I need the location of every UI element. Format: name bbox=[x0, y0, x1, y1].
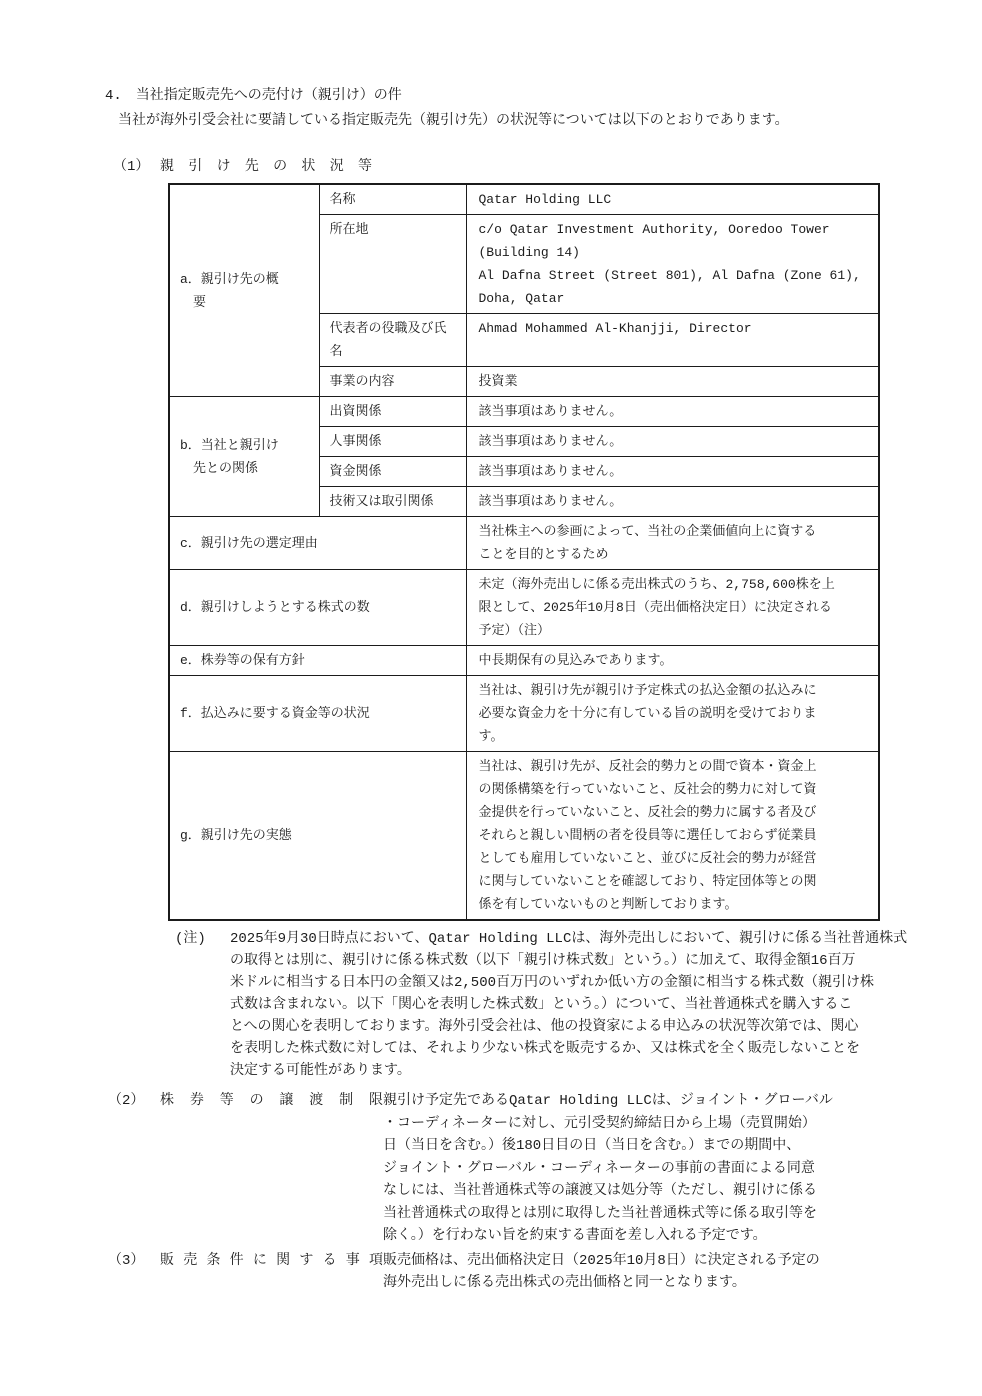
section-4-title: 4. 当社指定販売先への売付け（親引け）の件 bbox=[105, 85, 982, 107]
row-label-payment-funds: f．払込みに要する資金等の状況 bbox=[169, 676, 466, 752]
field-label-personnel-relation: 人事関係 bbox=[319, 427, 466, 457]
field-label-business: 事業の内容 bbox=[319, 367, 466, 397]
section-4-intro: 当社が海外引受会社に要請している指定販売先（親引け先）の状況等については以下のと… bbox=[118, 110, 982, 132]
field-label-technical-relation: 技術又は取引関係 bbox=[319, 487, 466, 517]
field-value-address: c/o Qatar Investment Authority, Ooredoo … bbox=[466, 215, 879, 314]
field-label-funding-relation: 資金関係 bbox=[319, 457, 466, 487]
field-label-representative: 代表者の役職及び氏 名 bbox=[319, 314, 466, 367]
table-row-name: a．親引け先の概 要 名称 Qatar Holding LLC bbox=[169, 184, 879, 215]
field-value-name: Qatar Holding LLC bbox=[466, 184, 879, 215]
field-value-technical-relation: 該当事項はありません。 bbox=[466, 487, 879, 517]
field-value-representative: Ahmad Mohammed Al-Khanjji, Director bbox=[466, 314, 879, 367]
row-label-share-count: d．親引けしようとする株式の数 bbox=[169, 570, 466, 646]
table-row-holding-policy: e．株券等の保有方針 中長期保有の見込みであります。 bbox=[169, 646, 879, 676]
row-value-actual-state: 当社は、親引け先が、反社会的勢力との間で資本・資金上 の関係構築を行っていないこ… bbox=[466, 752, 879, 921]
group-a-label: a．親引け先の概 要 bbox=[169, 184, 319, 397]
section-2-title: 株 券 等 の 譲 渡 制 限 bbox=[160, 1090, 383, 1112]
designated-buyer-status-table: a．親引け先の概 要 名称 Qatar Holding LLC 所在地 c/o … bbox=[168, 183, 880, 921]
row-value-holding-policy: 中長期保有の見込みであります。 bbox=[466, 646, 879, 676]
section-3-body: 販売価格は、売出価格決定日（2025年10月8日）に決定される予定の 海外売出し… bbox=[383, 1250, 820, 1295]
table-row-capital-relation: b．当社と親引け 先との関係 出資関係 該当事項はありません。 bbox=[169, 397, 879, 427]
row-label-holding-policy: e．株券等の保有方針 bbox=[169, 646, 466, 676]
section-3-title: 販 売 条 件 に 関 す る 事 項 bbox=[160, 1250, 383, 1272]
row-value-selection-reason: 当社株主への参画によって、当社の企業価値向上に資する ことを目的とするため bbox=[466, 517, 879, 570]
note-text: 2025年9月30日時点において、Qatar Holding LLCは、海外売出… bbox=[230, 928, 907, 1082]
section-2: （2） 株 券 等 の 譲 渡 制 限 親引け予定先であるQatar Holdi… bbox=[108, 1090, 982, 1248]
field-value-capital-relation: 該当事項はありません。 bbox=[466, 397, 879, 427]
row-value-payment-funds: 当社は、親引け先が親引け予定株式の払込金額の払込みに 必要な資金力を十分に有して… bbox=[466, 676, 879, 752]
table-row-actual-state: g．親引け先の実態 当社は、親引け先が、反社会的勢力との間で資本・資金上 の関係… bbox=[169, 752, 879, 921]
row-label-selection-reason: c．親引け先の選定理由 bbox=[169, 517, 466, 570]
field-label-address: 所在地 bbox=[319, 215, 466, 314]
field-value-funding-relation: 該当事項はありません。 bbox=[466, 457, 879, 487]
table-row-payment-funds: f．払込みに要する資金等の状況 当社は、親引け先が親引け予定株式の払込金額の払込… bbox=[169, 676, 879, 752]
section-2-body: 親引け予定先であるQatar Holding LLCは、ジョイント・グローバル … bbox=[383, 1090, 833, 1248]
field-value-business: 投資業 bbox=[466, 367, 879, 397]
row-label-actual-state: g．親引け先の実態 bbox=[169, 752, 466, 921]
group-b-label: b．当社と親引け 先との関係 bbox=[169, 397, 319, 517]
field-value-personnel-relation: 該当事項はありません。 bbox=[466, 427, 879, 457]
document-page: 4. 当社指定販売先への売付け（親引け）の件 当社が海外引受会社に要請している指… bbox=[0, 0, 982, 1295]
note-block: (注) 2025年9月30日時点において、Qatar Holding LLCは、… bbox=[175, 928, 982, 1082]
field-label-name: 名称 bbox=[319, 184, 466, 215]
section-1-heading: （1） 親 引 け 先 の 状 況 等 bbox=[113, 156, 982, 178]
section-2-number: （2） bbox=[108, 1090, 160, 1112]
note-label: (注) bbox=[175, 928, 230, 950]
table-row-share-count: d．親引けしようとする株式の数 未定（海外売出しに係る売出株式のうち、2,758… bbox=[169, 570, 879, 646]
row-value-share-count: 未定（海外売出しに係る売出株式のうち、2,758,600株を上 限として、202… bbox=[466, 570, 879, 646]
section-1-number: （1） bbox=[113, 156, 160, 178]
table-row-selection-reason: c．親引け先の選定理由 当社株主への参画によって、当社の企業価値向上に資する こ… bbox=[169, 517, 879, 570]
section-3: （3） 販 売 条 件 に 関 す る 事 項 販売価格は、売出価格決定日（20… bbox=[108, 1250, 982, 1295]
section-3-number: （3） bbox=[108, 1250, 160, 1272]
field-label-capital-relation: 出資関係 bbox=[319, 397, 466, 427]
section-1-title: 親 引 け 先 の 状 況 等 bbox=[160, 156, 372, 178]
